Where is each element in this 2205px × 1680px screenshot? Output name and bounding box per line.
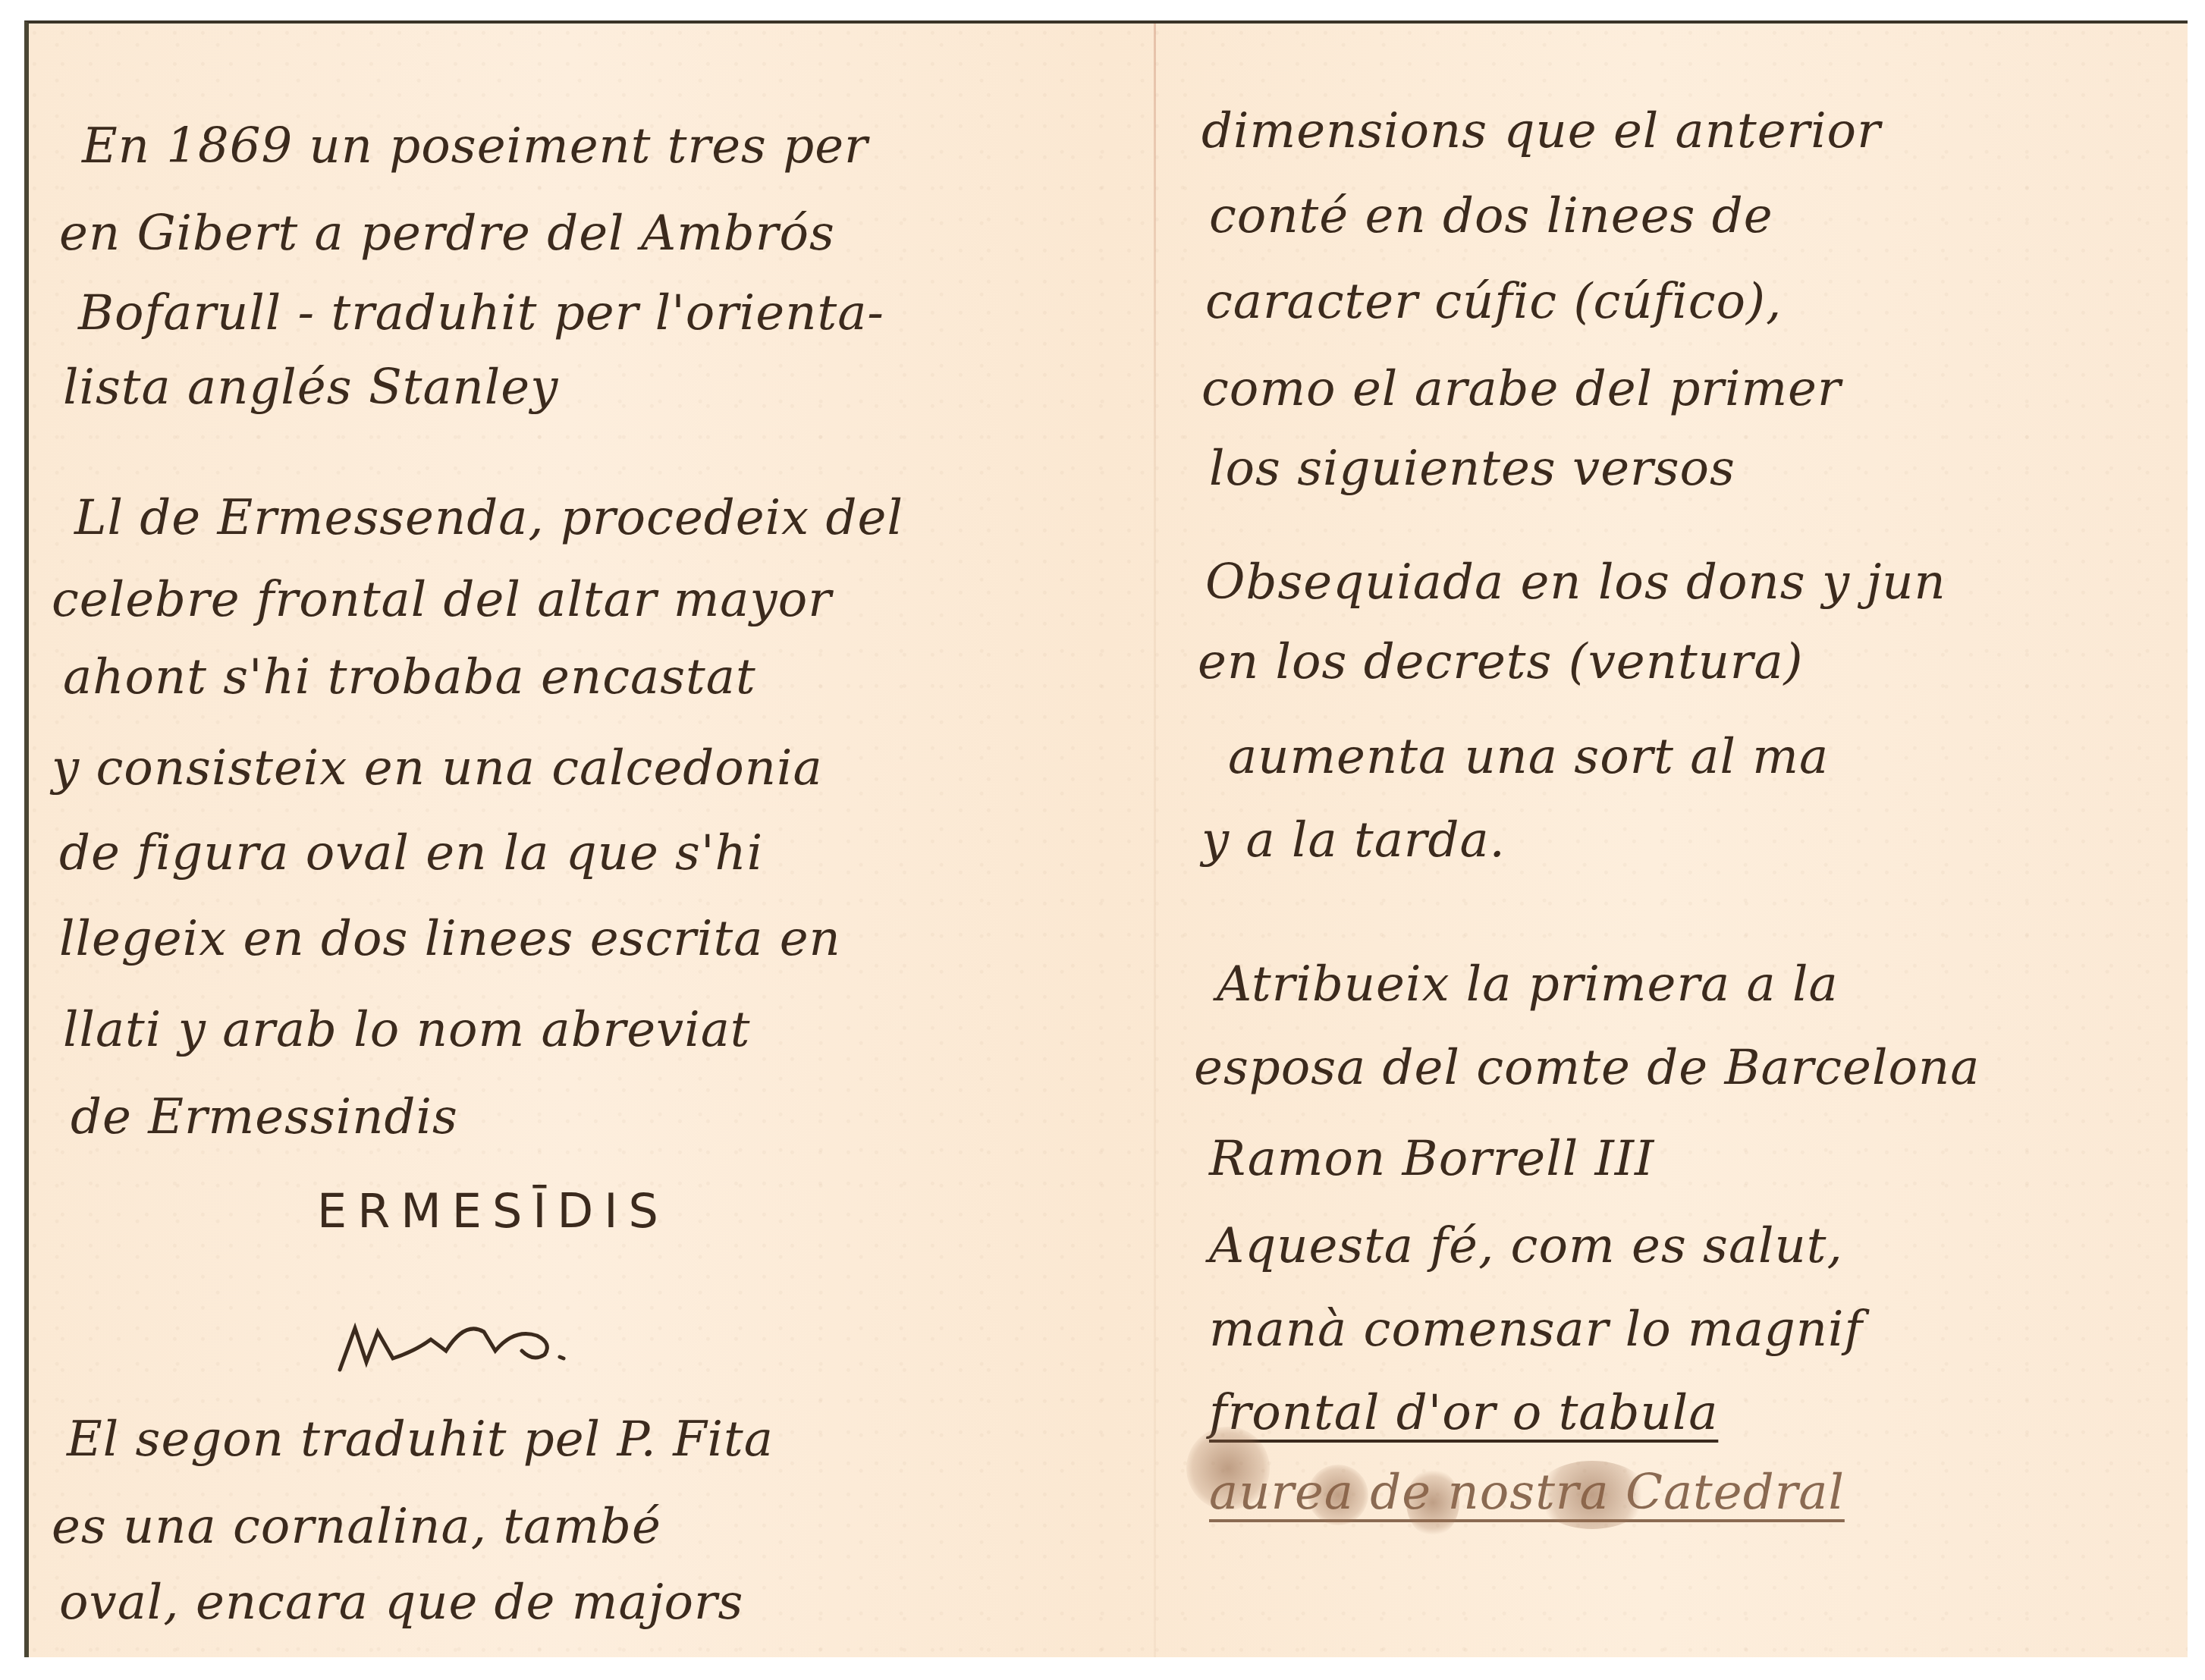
right-line-1: dimensions que el anterior bbox=[1201, 107, 1881, 155]
left-line-4: lista anglés Stanley bbox=[63, 363, 558, 412]
right-line-16: aurea de nostra Catedral bbox=[1209, 1468, 1845, 1517]
left-line-15: El segon traduhit pel P. Fita bbox=[67, 1415, 774, 1464]
right-line-13: Aquesta fé, com es salut, bbox=[1209, 1222, 1843, 1270]
left-line-12: de Ermessindis bbox=[71, 1093, 458, 1141]
right-line-11: esposa del comte de Barcelona bbox=[1194, 1044, 1980, 1092]
right-line-3: caracter cúfic (cúfico), bbox=[1205, 278, 1782, 326]
left-line-2: en Gibert a perdre del Ambrós bbox=[59, 209, 835, 258]
right-page: dimensions que el anterior conté en dos … bbox=[1156, 24, 2192, 1657]
right-line-15: frontal d'or o tabula bbox=[1209, 1389, 1718, 1437]
left-line-5: Ll de Ermessenda, procedeix del bbox=[74, 494, 903, 542]
arabic-script-icon bbox=[332, 1298, 651, 1381]
ink-stain bbox=[1308, 1465, 1368, 1525]
letter-paper: En 1869 un poseiment tres per en Gibert … bbox=[24, 20, 2188, 1657]
inscription-ermesidis: ERMESĪDIS bbox=[317, 1188, 669, 1235]
left-line-10: llegeix en dos linees escrita en bbox=[59, 915, 841, 963]
ink-stain bbox=[1186, 1427, 1270, 1510]
left-line-3: Bofarull - traduhit per l'orienta- bbox=[78, 289, 884, 338]
right-line-6: Obsequiada en los dons y jun bbox=[1205, 558, 1946, 607]
right-line-9: y a la tarda. bbox=[1201, 816, 1506, 865]
right-line-7: en los decrets (ventura) bbox=[1198, 638, 1804, 686]
right-line-12: Ramon Borrell III bbox=[1209, 1135, 1654, 1183]
left-line-7: ahont s'hi trobaba encastat bbox=[63, 653, 756, 702]
right-line-10: Atribueix la primera a la bbox=[1217, 960, 1839, 1009]
right-line-8: aumenta una sort al ma bbox=[1228, 733, 1829, 781]
right-line-4: como el arabe del primer bbox=[1201, 365, 1842, 413]
left-line-8: y consisteix en una calcedonia bbox=[52, 744, 823, 793]
left-line-17: oval, encara que de majors bbox=[59, 1578, 743, 1627]
left-page: En 1869 un poseiment tres per en Gibert … bbox=[29, 24, 1154, 1657]
left-line-11: llati y arab lo nom abreviat bbox=[63, 1006, 751, 1054]
ink-stain bbox=[1535, 1461, 1649, 1529]
left-line-6: celebre frontal del altar mayor bbox=[52, 576, 832, 624]
right-line-14: manà comensar lo magnif bbox=[1209, 1305, 1863, 1354]
ink-stain bbox=[1406, 1468, 1459, 1537]
left-line-1: En 1869 un poseiment tres per bbox=[82, 122, 868, 171]
right-line-5: los siguientes versos bbox=[1209, 444, 1735, 493]
left-line-9: de figura oval en la que s'hi bbox=[59, 829, 763, 878]
right-line-2: conté en dos linees de bbox=[1209, 192, 1773, 240]
left-line-16: es una cornalina, també bbox=[52, 1503, 661, 1551]
